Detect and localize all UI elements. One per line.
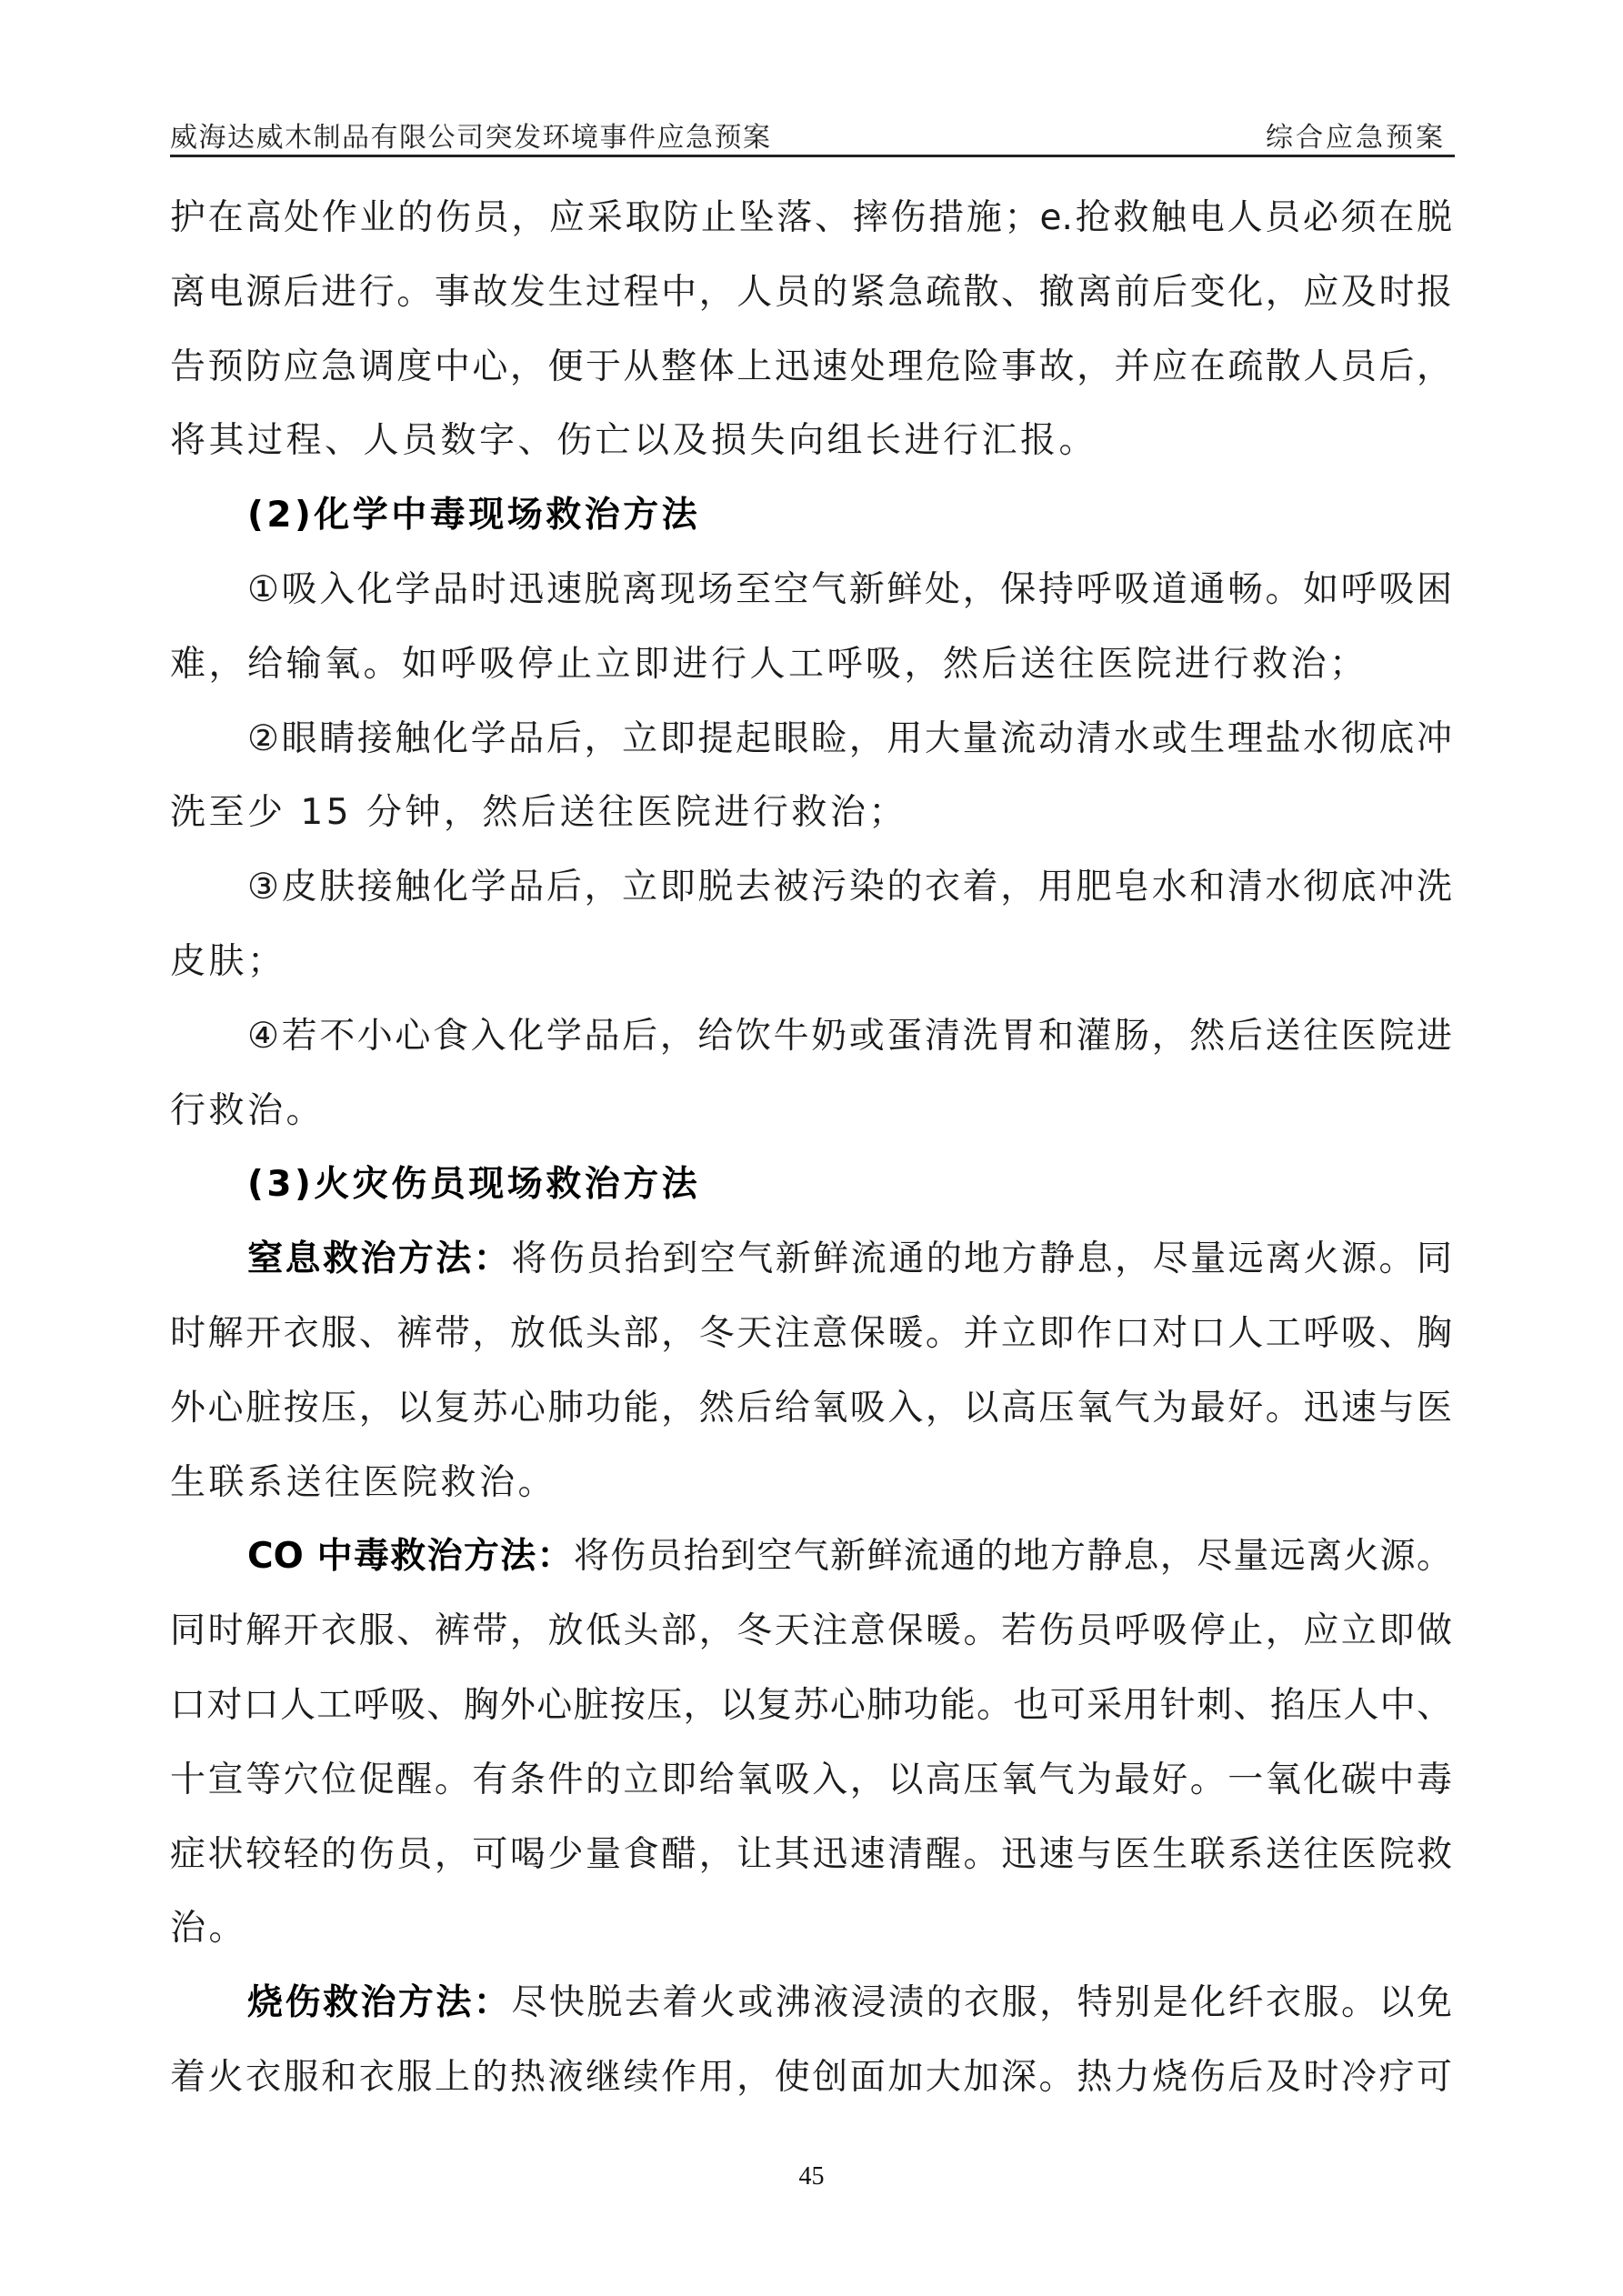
document-page: 威海达威木制品有限公司突发环境事件应急预案 综合应急预案 护在高处作业的伤员，应…	[0, 0, 1623, 2296]
paragraph-line: 将其过程、人员数字、伤亡以及损失向组长进行汇报。	[170, 404, 1452, 478]
paragraph-line: 窒息救治方法：将伤员抬到空气新鲜流通的地方静息，尽量远离火源。同	[170, 1222, 1452, 1297]
inline-heading-co-poisoning: CO 中毒救治方法：	[247, 1536, 574, 1577]
page-body: 护在高处作业的伤员，应采取防止坠落、摔伤措施；e.抢救触电人员必须在脱 离电源后…	[170, 181, 1452, 2115]
paragraph-line: 难，给输氧。如呼吸停止立即进行人工呼吸，然后送往医院进行救治；	[170, 627, 1452, 702]
paragraph-line: 护在高处作业的伤员，应采取防止坠落、摔伤措施；e.抢救触电人员必须在脱	[170, 181, 1452, 256]
paragraph-line: 告预防应急调度中心，便于从整体上迅速处理危险事故，并应在疏散人员后，	[170, 330, 1452, 405]
paragraph-line: 十宣等穴位促醒。有条件的立即给氧吸入，以高压氧气为最好。一氧化碳中毒	[170, 1743, 1452, 1818]
header-section-title: 综合应急预案	[1266, 115, 1446, 155]
paragraph-line: 时解开衣服、裤带，放低头部，冬天注意保暖。并立即作口对口人工呼吸、胸	[170, 1297, 1452, 1371]
paragraph-line: 洗至少 15 分钟，然后送往医院进行救治；	[170, 776, 1452, 850]
paragraph-line: 同时解开衣服、裤带，放低头部，冬天注意保暖。若伤员呼吸停止，应立即做	[170, 1594, 1452, 1669]
paragraph-line: ②眼睛接触化学品后，立即提起眼睑，用大量流动清水或生理盐水彻底冲	[170, 702, 1452, 777]
paragraph-text: 尽快脱去着火或沸液浸渍的衣服，特别是化纤衣服。以免	[511, 1982, 1452, 2023]
header-rule	[170, 155, 1455, 157]
paragraph-text: 将伤员抬到空气新鲜流通的地方静息，尽量远离火源。同	[511, 1238, 1452, 1279]
paragraph-line: 口对口人工呼吸、胸外心脏按压，以复苏心肺功能。也可采用针刺、掐压人中、	[170, 1669, 1452, 1743]
paragraph-line: CO 中毒救治方法：将伤员抬到空气新鲜流通的地方静息，尽量远离火源。	[170, 1519, 1452, 1594]
paragraph-text: 将伤员抬到空气新鲜流通的地方静息，尽量远离火源。	[574, 1536, 1452, 1577]
inline-heading-suffocation: 窒息救治方法：	[247, 1238, 511, 1279]
paragraph-line: 着火衣服和衣服上的热液继续作用，使创面加大加深。热力烧伤后及时冷疗可	[170, 2040, 1452, 2115]
page-number: 45	[0, 2162, 1623, 2191]
section-heading-fire-casualties: (3)火灾伤员现场救治方法	[170, 1148, 1452, 1222]
paragraph-line: 症状较轻的伤员，可喝少量食醋，让其迅速清醒。迅速与医生联系送往医院救	[170, 1818, 1452, 1892]
paragraph-line: 外心脏按压，以复苏心肺功能，然后给氧吸入，以高压氧气为最好。迅速与医	[170, 1371, 1452, 1446]
header-document-title: 威海达威木制品有限公司突发环境事件应急预案	[170, 115, 772, 155]
section-heading-chemical-poisoning: (2)化学中毒现场救治方法	[170, 478, 1452, 553]
inline-heading-burns: 烧伤救治方法：	[247, 1982, 511, 2023]
paragraph-line: ①吸入化学品时迅速脱离现场至空气新鲜处，保持呼吸道通畅。如呼吸困	[170, 553, 1452, 627]
paragraph-line: 烧伤救治方法：尽快脱去着火或沸液浸渍的衣服，特别是化纤衣服。以免	[170, 1966, 1452, 2040]
paragraph-line: 生联系送往医院救治。	[170, 1446, 1452, 1520]
paragraph-line: ④若不小心食入化学品后，给饮牛奶或蛋清洗胃和灌肠，然后送往医院进	[170, 999, 1452, 1074]
paragraph-line: ③皮肤接触化学品后，立即脱去被污染的衣着，用肥皂水和清水彻底冲洗	[170, 850, 1452, 925]
paragraph-line: 治。	[170, 1891, 1452, 1966]
paragraph-line: 离电源后进行。事故发生过程中，人员的紧急疏散、撤离前后变化，应及时报	[170, 256, 1452, 330]
paragraph-line: 行救治。	[170, 1074, 1452, 1148]
page-header: 威海达威木制品有限公司突发环境事件应急预案 综合应急预案	[170, 111, 1455, 156]
paragraph-line: 皮肤；	[170, 925, 1452, 999]
